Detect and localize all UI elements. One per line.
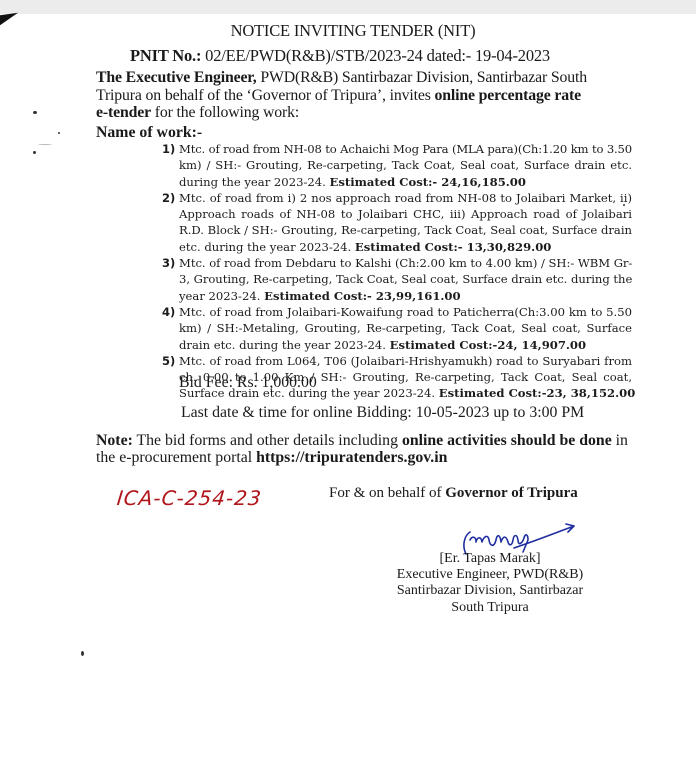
work-description-line: km) / SH:- Grouting, Re-carpeting, Tack …	[179, 157, 632, 173]
pnit-label: PNIT No.:	[130, 46, 201, 65]
signatory-office: Santirbazar Division, Santirbazar	[380, 583, 600, 599]
scan-speck	[38, 144, 52, 145]
scan-speck	[33, 151, 36, 154]
estimated-cost: Estimated Cost:-23, 38,152.00	[439, 386, 635, 400]
work-description-text: drain etc. during the year 2023-24.	[179, 338, 390, 352]
work-description-line: km) / SH:-Metaling, Grouting, Re-carpeti…	[179, 320, 632, 336]
note-text: in	[612, 432, 628, 449]
work-description-line: etc. during the year 2023-24. Estimated …	[179, 239, 632, 255]
estimated-cost: Estimated Cost:- 13,30,829.00	[355, 240, 551, 254]
work-description-line: Mtc. of road from Jolaibari-Kowaifung ro…	[179, 304, 632, 320]
estimated-cost: Estimated Cost:- 23,99,161.00	[264, 289, 460, 303]
work-number: 2)	[162, 190, 175, 206]
intro-paragraph: The Executive Engineer, PWD(R&B) Santirb…	[96, 69, 641, 122]
work-description-text: etc. during the year 2023-24.	[179, 240, 355, 254]
note-text: the e-procurement portal	[96, 449, 256, 466]
bid-fee: Bid Fee: Rs. 1,000.00	[179, 374, 317, 392]
intro-text: PWD(R&B) Santirbazar Division, Santirbaz…	[257, 69, 587, 86]
behalf-text: For & on behalf of	[329, 485, 445, 501]
signatory-block: [Er. Tapas Marak] Executive Engineer, PW…	[380, 551, 600, 616]
scan-speck	[81, 651, 84, 656]
work-item: 3)Mtc. of road from Debdaru to Kalshi (C…	[162, 255, 632, 304]
handwritten-reference: ICA-C-254-23	[116, 486, 263, 510]
intro-issuer: The Executive Engineer,	[96, 69, 257, 86]
work-description-line: drain etc. during the year 2023-24. Esti…	[179, 337, 632, 353]
note-paragraph: Note: The bid forms and other details in…	[96, 432, 628, 466]
estimated-cost: Estimated Cost:- 24,16,185.00	[329, 175, 525, 189]
last-date: Last date & time for online Bidding: 10-…	[181, 404, 584, 422]
work-description-line: Approach roads of NH-08 to Jolaibari CHC…	[179, 206, 632, 222]
scan-speck	[33, 111, 37, 114]
work-description-line: during the year 2023-24. Estimated Cost:…	[179, 174, 632, 190]
top-bar	[0, 0, 696, 14]
document-title: NOTICE INVITING TENDER (NIT)	[0, 21, 696, 41]
work-number: 1)	[162, 141, 175, 157]
work-description-line: Mtc. of road from NH-08 to Achaichi Mog …	[179, 141, 632, 157]
work-description-text: during the year 2023-24.	[179, 175, 329, 189]
work-number: 3)	[162, 255, 175, 271]
on-behalf-line: For & on behalf of Governor of Tripura	[329, 485, 578, 502]
intro-emphasis: online percentage rate	[435, 87, 581, 104]
scan-speck	[58, 132, 60, 134]
work-description-line: Mtc. of road from Debdaru to Kalshi (Ch:…	[179, 255, 632, 271]
work-description-line: year 2023-24. Estimated Cost:- 23,99,161…	[179, 288, 632, 304]
work-item: 4)Mtc. of road from Jolaibari-Kowaifung …	[162, 304, 632, 353]
name-of-work-label: Name of work:-	[96, 124, 202, 142]
work-description-line: Mtc. of road from i) 2 nos approach road…	[179, 190, 632, 206]
intro-emphasis: e-tender	[96, 104, 151, 121]
pnit-value: 02/EE/PWD(R&B)/STB/2023-24 dated:- 19-04…	[201, 46, 550, 65]
work-description-line: Mtc. of road from L064, T06 (Jolaibari-H…	[179, 353, 632, 369]
signatory-name: [Er. Tapas Marak]	[380, 551, 600, 567]
works-list: 1)Mtc. of road from NH-08 to Achaichi Mo…	[162, 141, 632, 402]
work-description-text: year 2023-24.	[179, 289, 264, 303]
work-number: 5)	[162, 353, 175, 369]
note-emphasis: online activities should be done	[402, 432, 612, 449]
signatory-designation: Executive Engineer, PWD(R&B)	[380, 567, 600, 583]
note-text: The bid forms and other details includin…	[133, 432, 402, 449]
estimated-cost: Estimated Cost:-24, 14,907.00	[390, 338, 586, 352]
pnit-number: PNIT No.: 02/EE/PWD(R&B)/STB/2023-24 dat…	[0, 46, 680, 66]
intro-text: for the following work:	[151, 104, 299, 121]
portal-link[interactable]: https://tripuratenders.gov.in	[256, 449, 447, 466]
note-label: Note:	[96, 432, 133, 449]
behalf-authority: Governor of Tripura	[445, 485, 578, 501]
work-item: 2)Mtc. of road from i) 2 nos approach ro…	[162, 190, 632, 255]
work-item: 1)Mtc. of road from NH-08 to Achaichi Mo…	[162, 141, 632, 190]
work-number: 4)	[162, 304, 175, 320]
signatory-district: South Tripura	[380, 600, 600, 616]
work-description-line: 3, Grouting, Re-carpeting, Tack Coat, Se…	[179, 271, 632, 287]
work-description-line: R.D. Block / SH:- Grouting, Re-carpeting…	[179, 222, 632, 238]
intro-text: Tripura on behalf of the ‘Governor of Tr…	[96, 87, 435, 104]
